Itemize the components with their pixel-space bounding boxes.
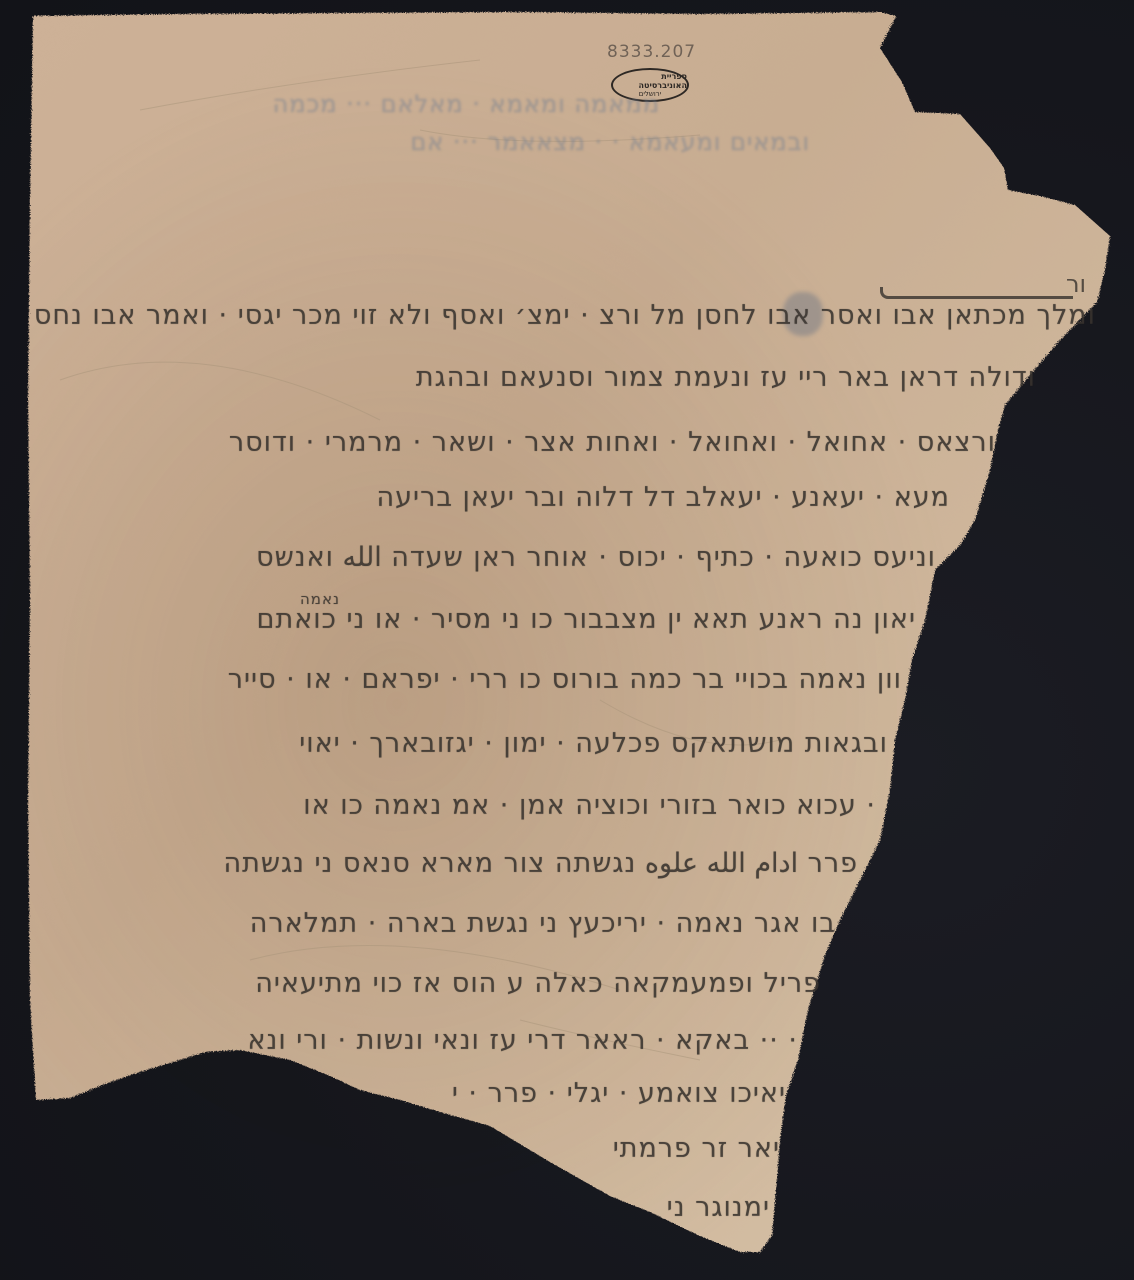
text-line-15: יאר זר פרמתי [530, 1133, 780, 1164]
faded-line: ובמאים ומעאמא · · מצאאמר ··· אם [60, 128, 810, 156]
text-line-16: ימנוגר ני [600, 1192, 770, 1223]
text-line-2: ודולה דראן באר ריי עז ונעמת צמור וסנעאם … [36, 362, 1036, 393]
text-line-10: פרר ادام الله علوه נגשתה צור מארא סנאס נ… [36, 848, 858, 879]
text-line-9: · עכוא כואר בזורי וכוציה אמן · אמ נאמה כ… [36, 790, 876, 821]
header-stroke [880, 287, 1073, 299]
faded-line: ממאמה ומאמא · מאלאם ··· מכמה [60, 90, 660, 118]
stamp-line-1: ספריית האוניברסיטה [613, 72, 687, 90]
text-line-8: ובגאות מושתאקס פכלעה · ימון · יגזובארך ·… [36, 728, 888, 759]
text-line-5: וניעס כואעה · כתיף · יכוס · אוחר ראן שעד… [36, 542, 936, 573]
text-line-1: ומלך מכתאן אבו ואסר אבו לחסן מל ורצ · ימ… [36, 300, 1096, 331]
text-line-4: מעא · יעאנע · יעאלב דל דלוה ובר יעאן ברי… [150, 482, 950, 513]
text-line-3: ורצאס · אחואל · ואחואל · ואחות אצר · ושא… [36, 427, 996, 458]
text-line-11: בו אגר נאמה · יריכעץ ני נגשת בארה · תמלא… [36, 908, 836, 939]
text-line-7: וון נאמה בכויי בר כמה בורוס כו ררי · יפר… [36, 664, 902, 695]
text-line-14: יאיכו צואמע · יגלי · פרר · י [400, 1078, 786, 1109]
text-line-12: פריל ופמעמקאה כאלה ע הוס אז כוי מתיעאיה [36, 968, 821, 999]
shelfmark-label: 8333.207 [607, 42, 696, 62]
text-line-6: יאון נה ראנע תאא ין מצבבור כו ני מסיר · … [36, 604, 916, 635]
header-mark: ור [1066, 270, 1086, 298]
text-line-13: · ·· באקא · ראאר דרי עז ונאי ונשות · ורי… [36, 1025, 798, 1056]
